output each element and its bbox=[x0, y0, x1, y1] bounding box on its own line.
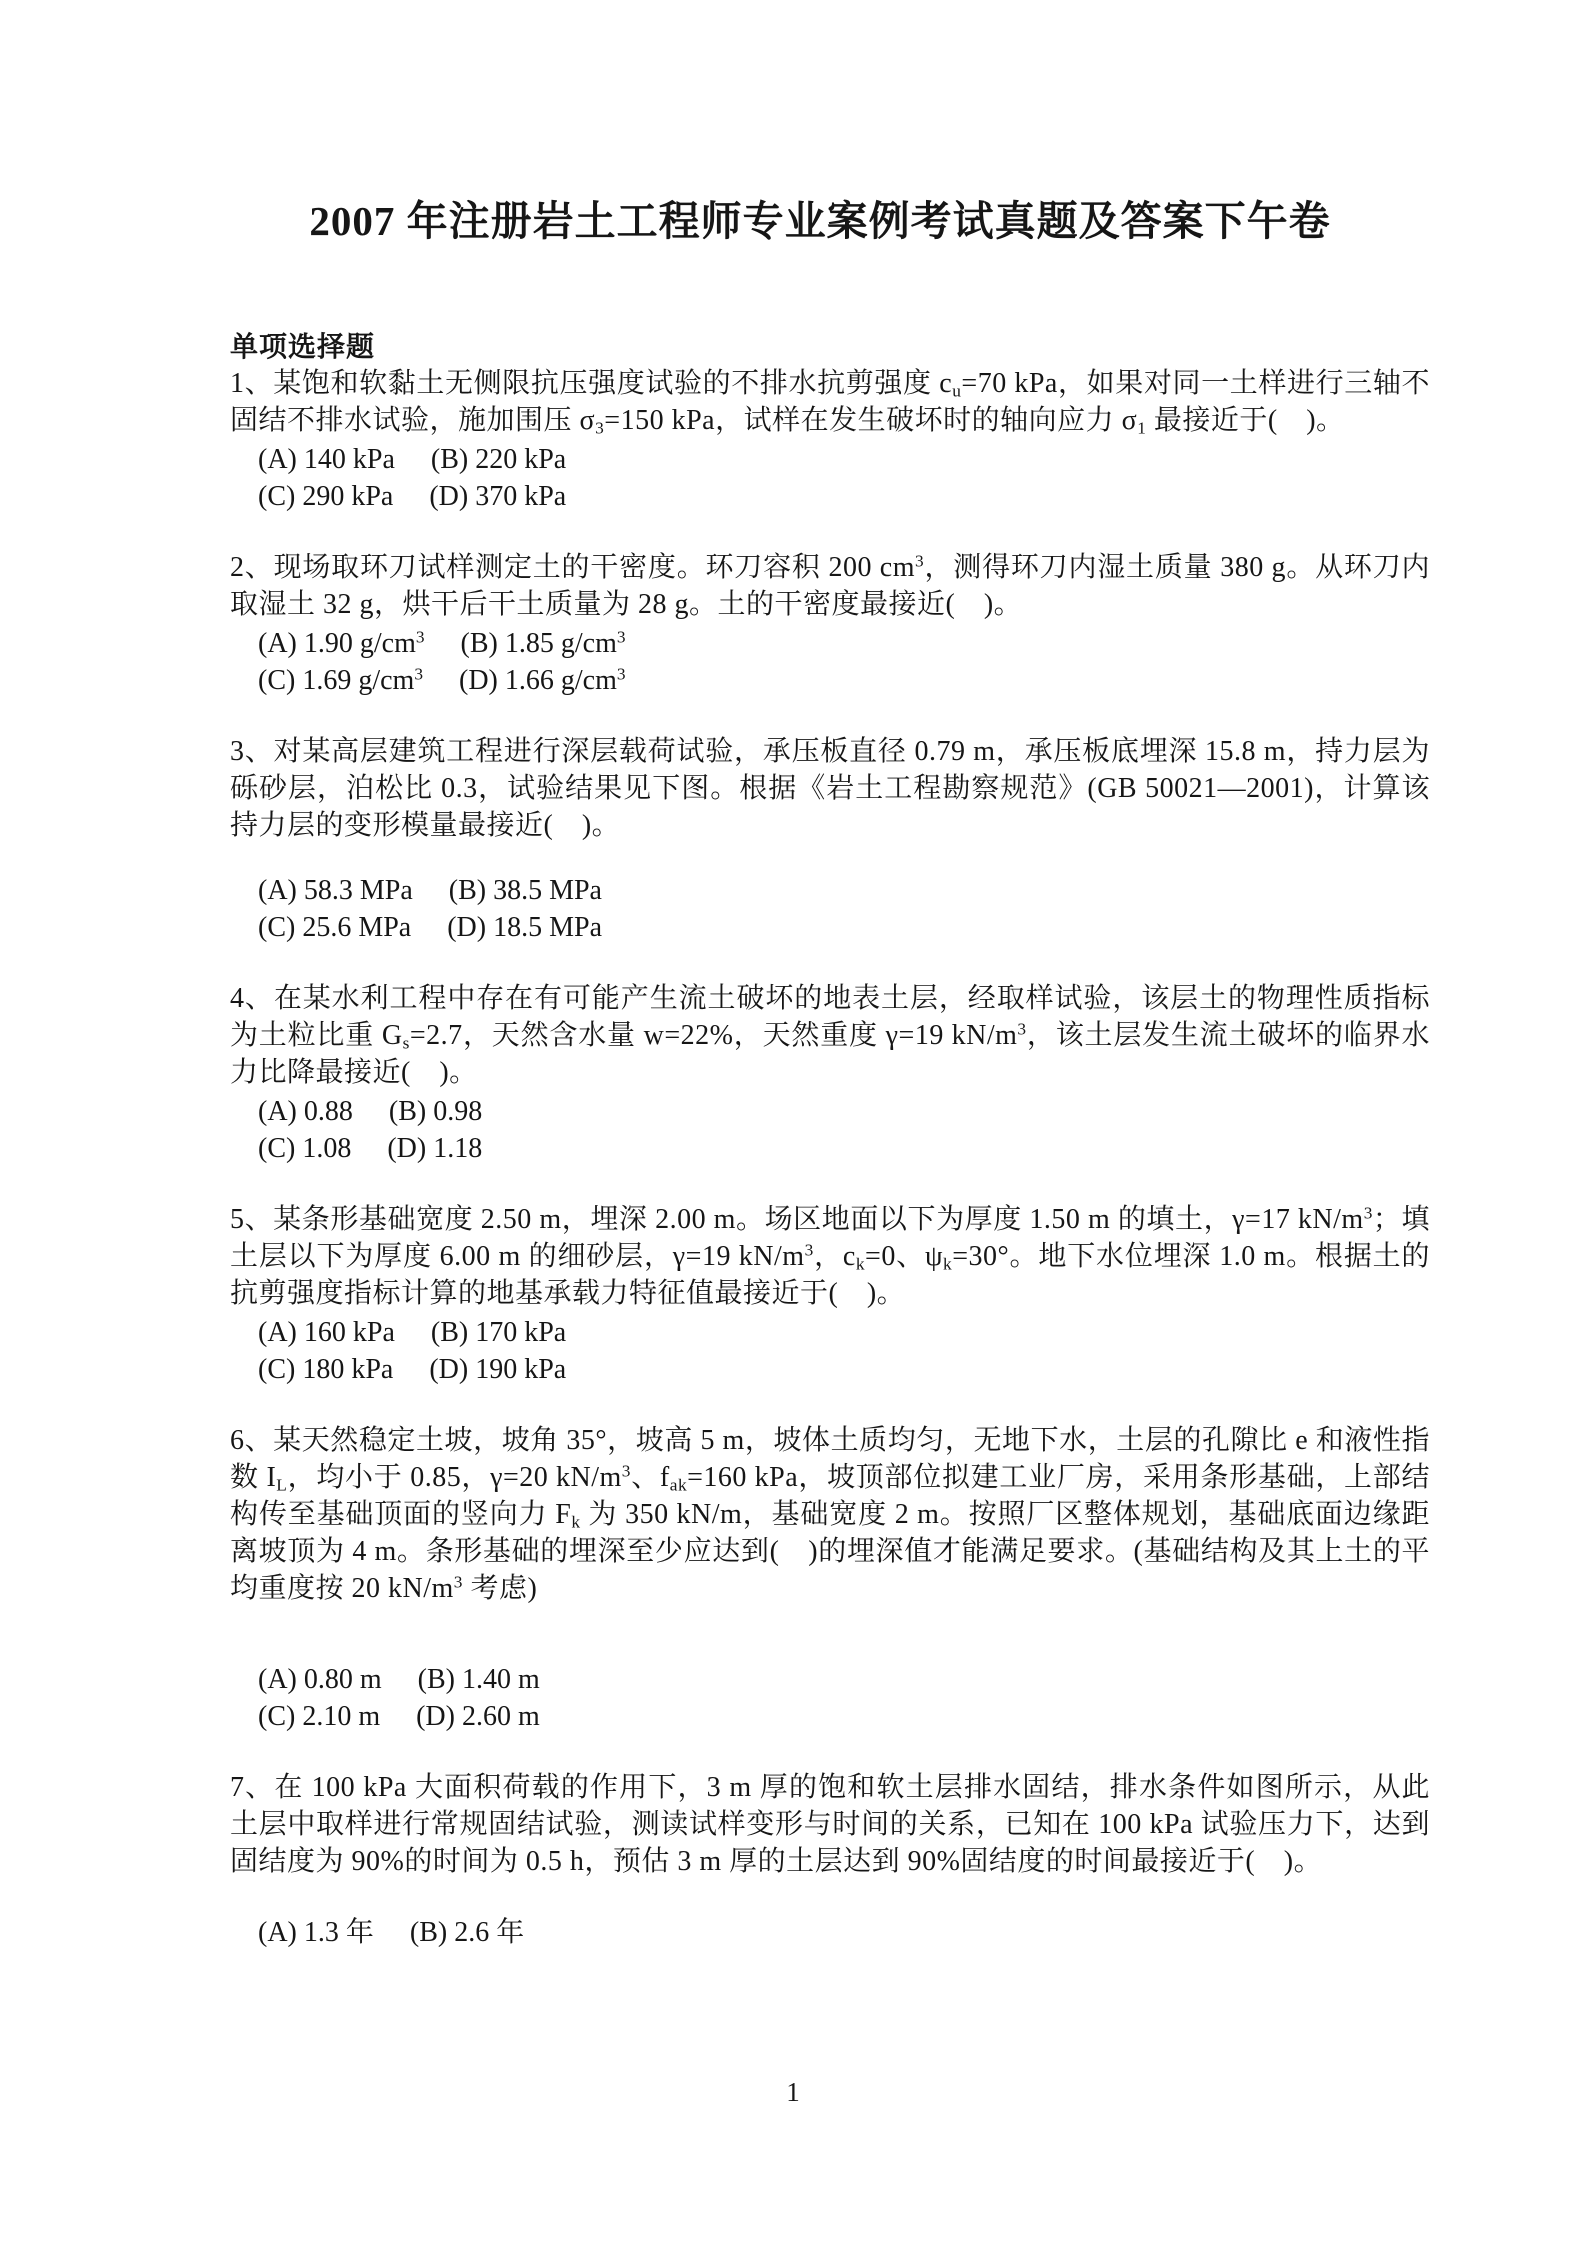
option-row: (A) 58.3 MPa(B) 38.5 MPa bbox=[258, 872, 1430, 909]
exam-paper-page: 2007 年注册岩土工程师专业案例考试真题及答案下午卷 单项选择题 1、某饱和软… bbox=[0, 0, 1586, 2244]
option-d: (D) 2.60 m bbox=[416, 1698, 540, 1735]
option-a: (A) 1.90 g/cm3 bbox=[258, 625, 425, 662]
option-a: (A) 0.88 bbox=[258, 1093, 353, 1130]
question-body: 3、对某高层建筑工程进行深层载荷试验，承压板直径 0.79 m，承压板底埋深 1… bbox=[230, 733, 1430, 844]
option-b: (B) 1.85 g/cm3 bbox=[461, 625, 626, 662]
option-b: (B) 1.40 m bbox=[418, 1661, 540, 1698]
page-title: 2007 年注册岩土工程师专业案例考试真题及答案下午卷 bbox=[210, 196, 1430, 246]
option-b: (B) 170 kPa bbox=[431, 1314, 566, 1351]
question-5: 5、某条形基础宽度 2.50 m，埋深 2.00 m。场区地面以下为厚度 1.5… bbox=[230, 1201, 1430, 1388]
option-row: (A) 1.3 年(B) 2.6 年 bbox=[258, 1914, 1430, 1951]
option-row: (A) 0.88(B) 0.98 bbox=[258, 1093, 1430, 1130]
option-b: (B) 2.6 年 bbox=[410, 1914, 524, 1951]
option-row: (C) 180 kPa(D) 190 kPa bbox=[258, 1351, 1430, 1388]
option-b: (B) 38.5 MPa bbox=[449, 872, 602, 909]
question-body: 4、在某水利工程中存在有可能产生流土破坏的地表土层，经取样试验，该层土的物理性质… bbox=[230, 980, 1430, 1091]
question-7: 7、在 100 kPa 大面积荷载的作用下，3 m 厚的饱和软土层排水固结，排水… bbox=[230, 1769, 1430, 1951]
option-a: (A) 160 kPa bbox=[258, 1314, 395, 1351]
option-row: (A) 140 kPa(B) 220 kPa bbox=[258, 441, 1430, 478]
option-row: (A) 160 kPa(B) 170 kPa bbox=[258, 1314, 1430, 1351]
options-group: (A) 140 kPa(B) 220 kPa (C) 290 kPa(D) 37… bbox=[230, 441, 1430, 515]
options-group: (A) 58.3 MPa(B) 38.5 MPa (C) 25.6 MPa(D)… bbox=[230, 872, 1430, 946]
question-6: 6、某天然稳定土坡，坡角 35°，坡高 5 m，坡体土质均匀，无地下水，土层的孔… bbox=[230, 1422, 1430, 1735]
question-2: 2、现场取环刀试样测定土的干密度。环刀容积 200 cm3，测得环刀内湿土质量 … bbox=[230, 549, 1430, 699]
options-group: (A) 160 kPa(B) 170 kPa (C) 180 kPa(D) 19… bbox=[230, 1314, 1430, 1388]
option-c: (C) 2.10 m bbox=[258, 1698, 380, 1735]
option-a: (A) 58.3 MPa bbox=[258, 872, 413, 909]
question-body: 6、某天然稳定土坡，坡角 35°，坡高 5 m，坡体土质均匀，无地下水，土层的孔… bbox=[230, 1422, 1430, 1607]
option-a: (A) 140 kPa bbox=[258, 441, 395, 478]
option-c: (C) 180 kPa bbox=[258, 1351, 393, 1388]
option-c: (C) 290 kPa bbox=[258, 478, 393, 515]
question-body: 7、在 100 kPa 大面积荷载的作用下，3 m 厚的饱和软土层排水固结，排水… bbox=[230, 1769, 1430, 1880]
section-heading: 单项选择题 bbox=[230, 328, 1430, 365]
question-1: 1、某饱和软黏土无侧限抗压强度试验的不排水抗剪强度 cu=70 kPa，如果对同… bbox=[230, 365, 1430, 515]
question-4: 4、在某水利工程中存在有可能产生流土破坏的地表土层，经取样试验，该层土的物理性质… bbox=[230, 980, 1430, 1167]
question-body: 2、现场取环刀试样测定土的干密度。环刀容积 200 cm3，测得环刀内湿土质量 … bbox=[230, 549, 1430, 623]
option-c: (C) 25.6 MPa bbox=[258, 909, 411, 946]
options-group: (A) 0.88(B) 0.98 (C) 1.08(D) 1.18 bbox=[230, 1093, 1430, 1167]
option-b: (B) 220 kPa bbox=[431, 441, 566, 478]
option-row: (C) 290 kPa(D) 370 kPa bbox=[258, 478, 1430, 515]
option-d: (D) 190 kPa bbox=[429, 1351, 566, 1388]
options-group: (A) 0.80 m(B) 1.40 m (C) 2.10 m(D) 2.60 … bbox=[230, 1661, 1430, 1735]
option-c: (C) 1.08 bbox=[258, 1130, 351, 1167]
option-row: (C) 1.08(D) 1.18 bbox=[258, 1130, 1430, 1167]
option-d: (D) 1.18 bbox=[387, 1130, 482, 1167]
question-body: 1、某饱和软黏土无侧限抗压强度试验的不排水抗剪强度 cu=70 kPa，如果对同… bbox=[230, 365, 1430, 439]
option-row: (C) 1.69 g/cm3(D) 1.66 g/cm3 bbox=[258, 662, 1430, 699]
options-group: (A) 1.90 g/cm3(B) 1.85 g/cm3 (C) 1.69 g/… bbox=[230, 625, 1430, 699]
options-group: (A) 1.3 年(B) 2.6 年 bbox=[230, 1914, 1430, 1951]
page-number: 1 bbox=[0, 2076, 1586, 2109]
option-row: (A) 0.80 m(B) 1.40 m bbox=[258, 1661, 1430, 1698]
option-a: (A) 0.80 m bbox=[258, 1661, 382, 1698]
question-3: 3、对某高层建筑工程进行深层载荷试验，承压板直径 0.79 m，承压板底埋深 1… bbox=[230, 733, 1430, 946]
option-c: (C) 1.69 g/cm3 bbox=[258, 662, 423, 699]
option-b: (B) 0.98 bbox=[389, 1093, 482, 1130]
option-d: (D) 18.5 MPa bbox=[447, 909, 602, 946]
option-d: (D) 370 kPa bbox=[429, 478, 566, 515]
option-row: (C) 25.6 MPa(D) 18.5 MPa bbox=[258, 909, 1430, 946]
question-body: 5、某条形基础宽度 2.50 m，埋深 2.00 m。场区地面以下为厚度 1.5… bbox=[230, 1201, 1430, 1312]
option-row: (A) 1.90 g/cm3(B) 1.85 g/cm3 bbox=[258, 625, 1430, 662]
option-row: (C) 2.10 m(D) 2.60 m bbox=[258, 1698, 1430, 1735]
option-a: (A) 1.3 年 bbox=[258, 1914, 374, 1951]
option-d: (D) 1.66 g/cm3 bbox=[459, 662, 626, 699]
